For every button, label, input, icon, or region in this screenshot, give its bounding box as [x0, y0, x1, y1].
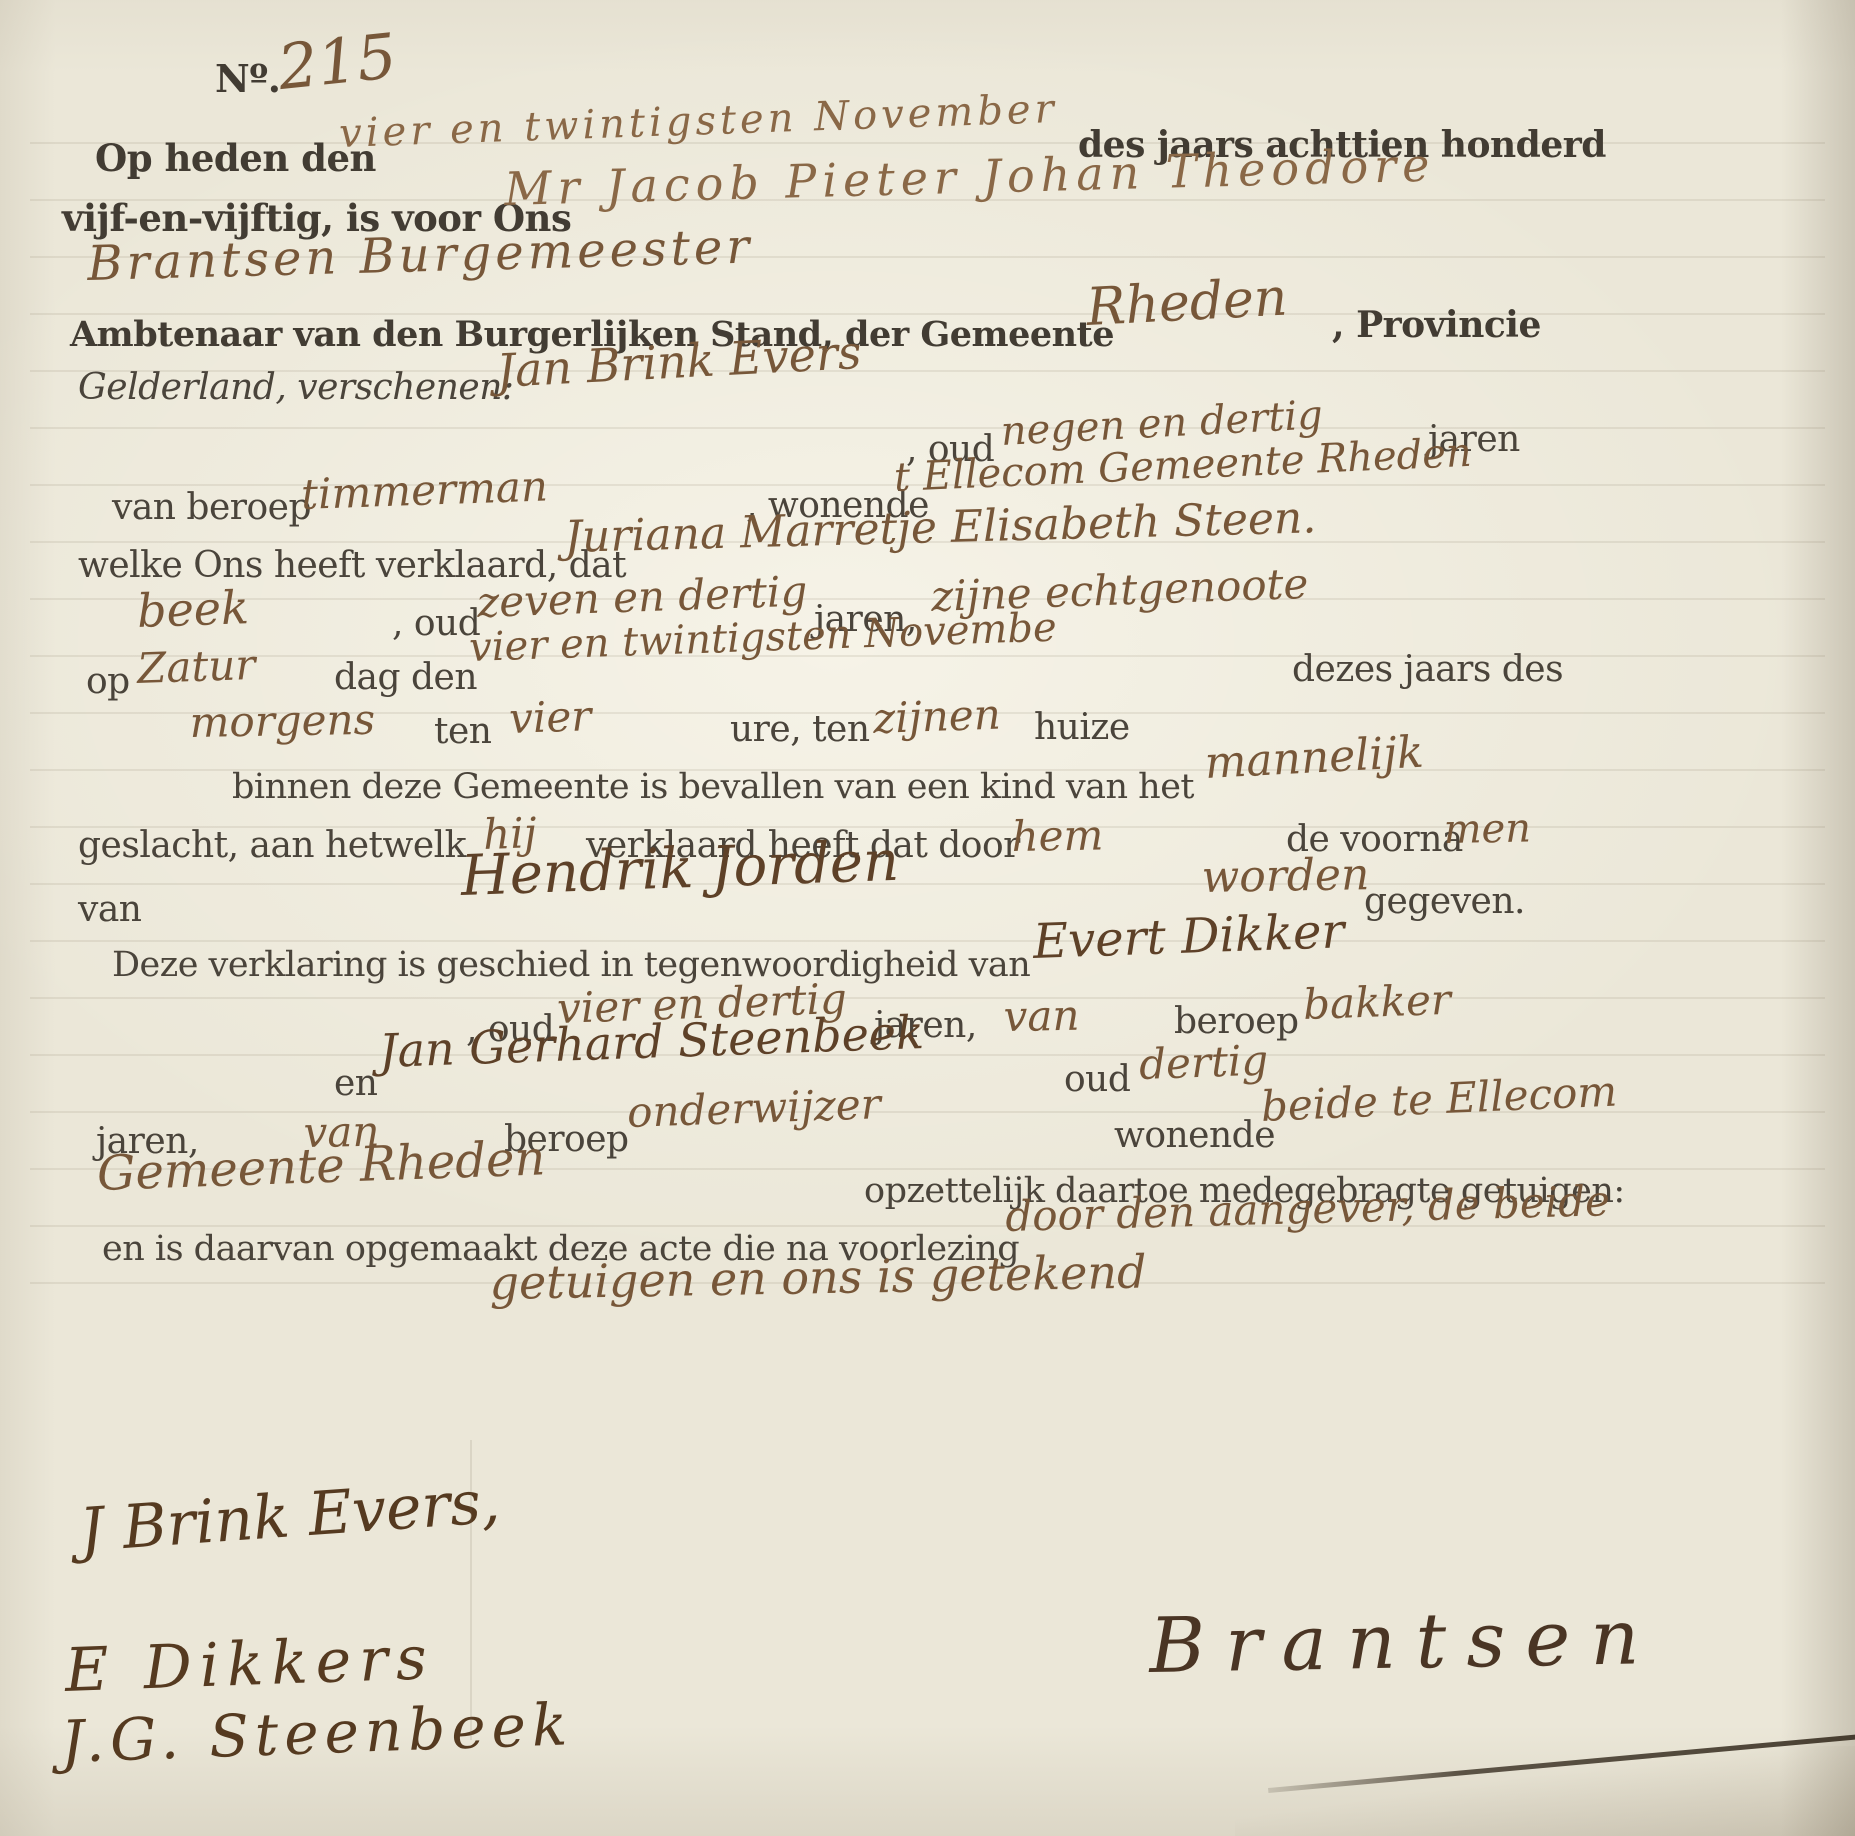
entry-witness2-age: dertig — [1138, 1038, 1269, 1089]
entry-municipality: Rheden — [1085, 270, 1289, 338]
signature-declarant: J Brink Evers, — [78, 1471, 502, 1563]
entry-hour: vier — [508, 693, 592, 742]
form-text-geslacht: geslacht, aan hetwelk — [78, 826, 466, 866]
entry-witness2-occupation: onderwijzer — [626, 1081, 881, 1136]
entry-birth-day: Zatur — [136, 642, 256, 692]
entry-hem: hem — [1011, 812, 1104, 860]
form-text-op: op — [86, 662, 130, 702]
entry-time-of-day: morgens — [189, 697, 375, 746]
entry-declarant-occupation: timmerman — [300, 463, 548, 518]
form-text-ure-ten: ure, ten — [730, 710, 870, 750]
entry-zijnen: zijnen — [872, 692, 1001, 743]
entry-worden: worden — [1201, 851, 1370, 902]
entry-mother-name-1: Juriana Marretje Elisabeth Steen. — [564, 494, 1317, 562]
form-text-oud-2: , oud — [392, 604, 480, 644]
form-text-en: en — [334, 1064, 378, 1104]
form-text-dag-den: dag den — [334, 658, 477, 698]
form-text-ten: ten — [434, 712, 491, 752]
entry-official-name-1: Mr Jacob Pieter Johan Theodore — [504, 140, 1436, 215]
entry-gender: mannelijk — [1203, 729, 1424, 789]
entry-witnesses-municipality: Gemeente Rheden — [96, 1132, 546, 1200]
entry-witness1-occupation: bakker — [1302, 977, 1451, 1028]
form-text-binnen: binnen deze Gemeente is bevallen van een… — [232, 768, 1194, 807]
form-text-gegeven: gegeven. — [1364, 882, 1525, 922]
form-text-wonende-2: wonende — [1114, 1116, 1275, 1156]
form-text-gelderland: Gelderland, verschenen: — [78, 368, 514, 408]
birth-certificate-page: Nº. 215 Op heden den vier en twintigsten… — [0, 0, 1855, 1836]
form-text-op-heden: Op heden den — [95, 138, 376, 179]
signature-witness2: J.G. Steenbeek — [60, 1694, 574, 1773]
corner-shade — [1235, 1746, 1855, 1836]
entry-closing-2: getuigen en ons is getekend — [489, 1247, 1147, 1309]
entry-date: vier en twintigsten November — [338, 87, 1058, 156]
form-text-deze-verklaring: Deze verklaring is geschied in tegenwoor… — [112, 946, 1030, 985]
form-text-van-beroep-1: van beroep — [112, 488, 311, 528]
act-number-value: 215 — [275, 22, 400, 102]
entry-witnesses-residence: beide te Ellecom — [1260, 1068, 1618, 1130]
form-text-huize: huize — [1034, 708, 1130, 748]
entry-witness1-van: van — [1003, 993, 1080, 1041]
entry-mother-name-2: beek — [136, 582, 249, 636]
form-text-van: van — [78, 890, 142, 930]
act-number-label: Nº. — [215, 58, 280, 100]
entry-child-names: Hendrik Jorden — [460, 831, 900, 908]
entry-men: men — [1443, 806, 1531, 852]
entry-witness2-name: Jan Gerhard Steenbeek — [378, 1007, 924, 1077]
form-text-oud-4: oud — [1064, 1060, 1130, 1100]
signature-registrar: Brantsen — [1149, 1597, 1660, 1686]
form-text-provincie: , Provincie — [1332, 306, 1541, 346]
signature-witness1: E Dikkers — [64, 1627, 436, 1703]
form-text-dezes-jaars: dezes jaars des — [1292, 650, 1563, 690]
paper-crease — [470, 1440, 472, 1740]
entry-witness1-name: Evert Dikker — [1032, 905, 1345, 969]
